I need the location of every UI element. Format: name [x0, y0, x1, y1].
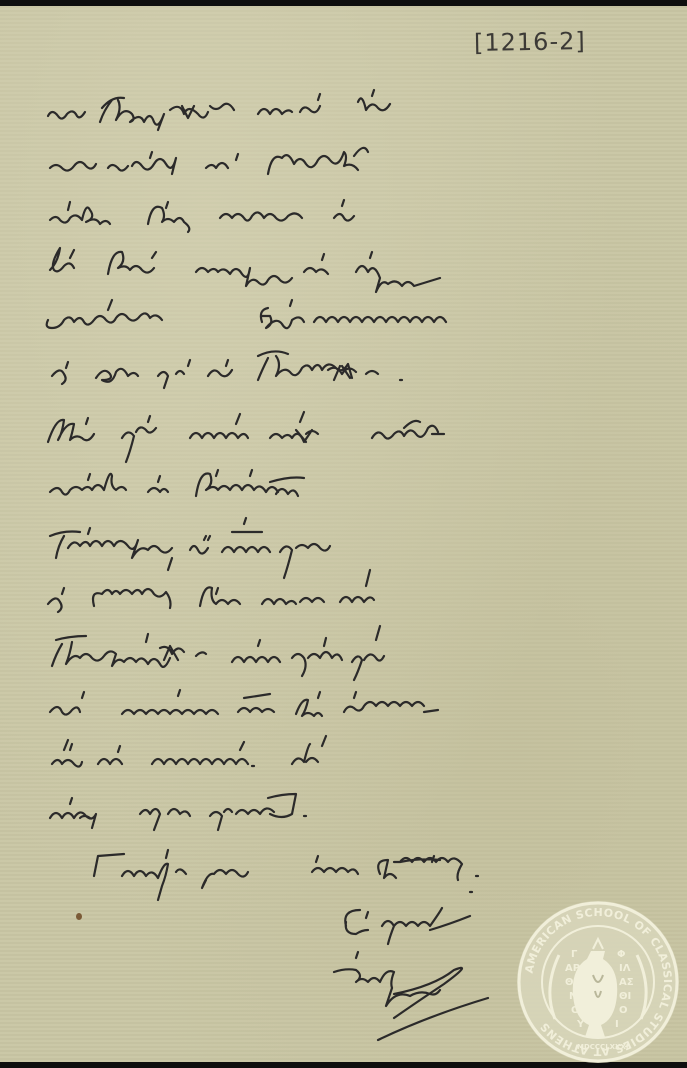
svg-text:Ο: Ο: [619, 1005, 628, 1016]
letter-page: [1216-2] στο Πατριάρχη και τα ίδιω- τικα…: [0, 6, 687, 1062]
svg-text:Ν: Ν: [569, 991, 577, 1002]
svg-text:Γ: Γ: [571, 949, 578, 960]
svg-text:Ο: Ο: [571, 1005, 580, 1016]
svg-text:ΑΡ: ΑΡ: [565, 963, 580, 974]
svg-text:Υ: Υ: [576, 1019, 585, 1030]
svg-text:Ι: Ι: [615, 1019, 619, 1030]
institution-seal-watermark: AMERICAN SCHOOL OF CLASSICAL STUDIES AT …: [515, 899, 681, 1065]
svg-text:ΑΣ: ΑΣ: [619, 977, 634, 988]
svg-text:Φ: Φ: [617, 949, 626, 960]
svg-text:MDCCCLXXXI: MDCCCLXXXI: [577, 1043, 628, 1051]
svg-text:ΙΛ: ΙΛ: [619, 963, 631, 974]
paper-stain: [76, 913, 82, 920]
svg-text:ΘΙ: ΘΙ: [619, 991, 631, 1002]
svg-text:ΘΕ: ΘΕ: [565, 977, 581, 988]
